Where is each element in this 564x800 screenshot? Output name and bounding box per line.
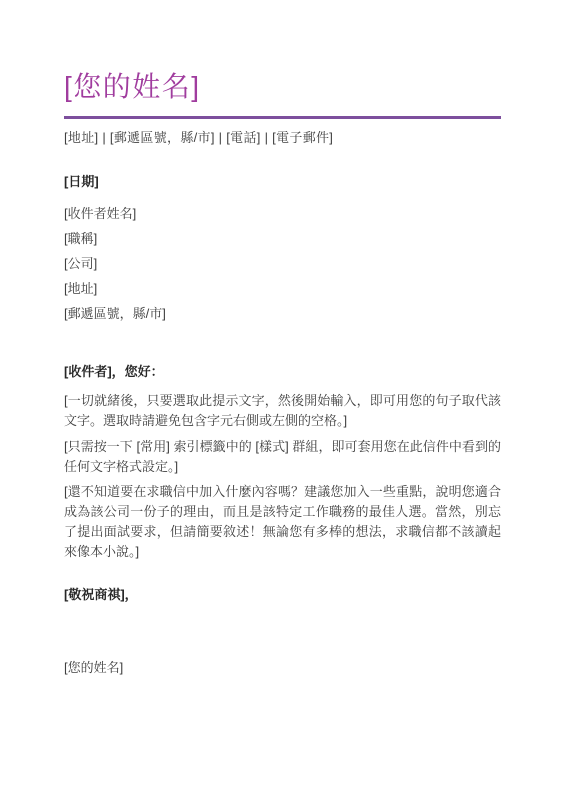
signature-placeholder: [您的姓名] bbox=[64, 658, 501, 678]
recipient-zip-city-placeholder: [郵遞區號，縣/市] bbox=[64, 304, 501, 324]
contact-info-line: [地址] | [郵遞區號，縣/市] | [電話] | [電子郵件] bbox=[64, 128, 501, 148]
name-heading-placeholder: [您的姓名] bbox=[64, 70, 501, 104]
recipient-name-placeholder: [收件者姓名] bbox=[64, 204, 501, 224]
closing-line: [敬祝商祺]， bbox=[64, 585, 501, 605]
header-rule-divider bbox=[64, 116, 501, 119]
body-paragraph-3: [還不知道要在求職信中加入什麼內容嗎？建議您加入一些重點，說明您適合成為該公司一… bbox=[64, 482, 501, 562]
body-paragraph-1: [一切就緒後，只要選取此提示文字，然後開始輸入，即可用您的句子取代該文字。選取時… bbox=[64, 391, 501, 431]
recipient-company-placeholder: [公司] bbox=[64, 254, 501, 274]
body-paragraph-2: [只需按一下 [常用] 索引標籤中的 [樣式] 群組，即可套用您在此信件中看到的… bbox=[64, 437, 501, 477]
letter-header: [您的姓名] [地址] | [郵遞區號，縣/市] | [電話] | [電子郵件] bbox=[64, 70, 501, 148]
document-page: [您的姓名] [地址] | [郵遞區號，縣/市] | [電話] | [電子郵件]… bbox=[0, 0, 564, 800]
date-placeholder: [日期] bbox=[64, 172, 501, 192]
salutation-line: [收件者]，您好： bbox=[64, 362, 501, 382]
letter-body: [日期] [收件者姓名] [職稱] [公司] [地址] [郵遞區號，縣/市] [… bbox=[64, 172, 501, 678]
recipient-address-placeholder: [地址] bbox=[64, 279, 501, 299]
recipient-job-title-placeholder: [職稱] bbox=[64, 229, 501, 249]
recipient-block: [收件者姓名] [職稱] [公司] [地址] [郵遞區號，縣/市] bbox=[64, 204, 501, 324]
